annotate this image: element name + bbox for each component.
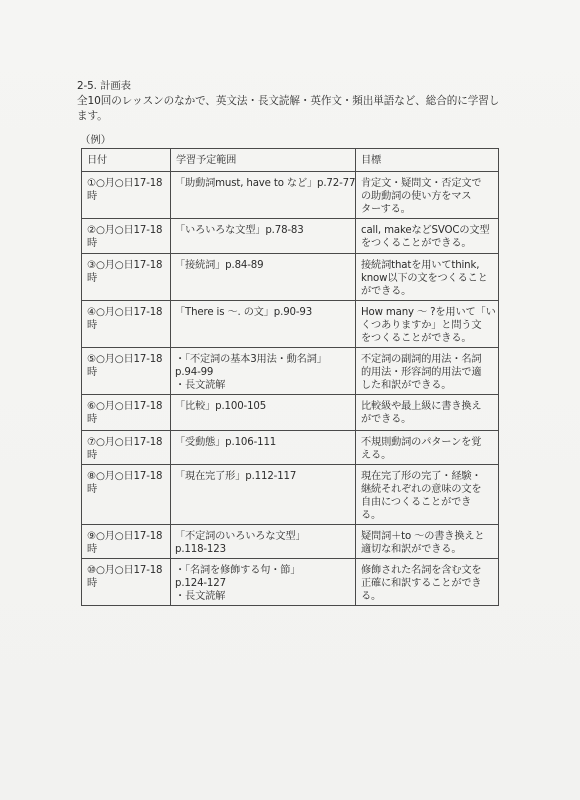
cell-goal: 比較級や最上級に書き換え ができる。 — [356, 395, 499, 431]
cell-range: 「不定詞のいろいろな文型」 p.118-123 — [171, 525, 356, 559]
cell-range: 「受動態」p.106-111 — [171, 431, 356, 465]
intro-line: 全10回のレッスンのなかで、英文法・長文読解・英作文・頻出単語など、総合的に学習… — [77, 94, 507, 109]
header-range: 学習予定範囲 — [171, 149, 356, 172]
header-date: 日付 — [82, 149, 171, 172]
range-line: ・「名詞を修飾する句・節」 — [175, 564, 351, 577]
table-row: ⑤○月○日17-18時 ・「不定詞の基本3用法・動名詞」 p.94-99 ・長文… — [82, 348, 499, 395]
goal-line: をつくることができる。 — [361, 237, 494, 250]
goal-line: 継続それぞれの意味の文を — [361, 483, 494, 496]
cell-date: ④○月○日17-18時 — [82, 301, 171, 348]
goal-line: る。 — [361, 590, 494, 603]
goal-line: How many ～ ?を用いて「い — [361, 306, 494, 319]
table-row: ④○月○日17-18時 「There is ～. の文」p.90-93 How … — [82, 301, 499, 348]
cell-goal: How many ～ ?を用いて「い くつありますか」と問う文 をつくることがで… — [356, 301, 499, 348]
cell-goal: 肯定文・疑問文・否定文で の助動詞の使い方をマス ターする。 — [356, 172, 499, 219]
table-body: ①○月○日17-18時 「助動詞must, have to など」p.72-77… — [82, 172, 499, 606]
goal-line: 修飾された名詞を含む文を — [361, 564, 494, 577]
intro-line: ます。 — [77, 109, 507, 124]
table-row: ⑩○月○日17-18時 ・「名詞を修飾する句・節」 p.124-127 ・長文読… — [82, 559, 499, 606]
range-line: ・長文読解 — [175, 379, 351, 392]
cell-date: ⑥○月○日17-18時 — [82, 395, 171, 431]
cell-range: ・「名詞を修飾する句・節」 p.124-127 ・長文読解 — [171, 559, 356, 606]
range-line: 「助動詞must, have to など」p.72-77 — [175, 177, 351, 190]
cell-date: ①○月○日17-18時 — [82, 172, 171, 219]
goal-line: くつありますか」と問う文 — [361, 319, 494, 332]
goal-line: 正確に和訳することができ — [361, 577, 494, 590]
goal-line: call, makeなどSVOCの文型 — [361, 224, 494, 237]
cell-range: 「現在完了形」p.112-117 — [171, 465, 356, 525]
goal-line: know以下の文をつくること — [361, 272, 494, 285]
range-line: p.118-123 — [175, 543, 351, 556]
goal-line: える。 — [361, 449, 494, 462]
range-line: p.124-127 — [175, 577, 351, 590]
table-row: ⑨○月○日17-18時 「不定詞のいろいろな文型」 p.118-123 疑問詞＋… — [82, 525, 499, 559]
table-row: ⑥○月○日17-18時 「比較」p.100-105 比較級や最上級に書き換え が… — [82, 395, 499, 431]
table-row: ①○月○日17-18時 「助動詞must, have to など」p.72-77… — [82, 172, 499, 219]
range-line: p.94-99 — [175, 366, 351, 379]
range-line: ・長文読解 — [175, 590, 351, 603]
goal-line: 比較級や最上級に書き換え — [361, 400, 494, 413]
cell-range: 「いろいろな文型」p.78-83 — [171, 219, 356, 254]
table-header-row: 日付 学習予定範囲 目標 — [82, 149, 499, 172]
goal-line: した和訳ができる。 — [361, 379, 494, 392]
goal-line: 現在完了形の完了・経験・ — [361, 470, 494, 483]
cell-date: ⑨○月○日17-18時 — [82, 525, 171, 559]
header-goal: 目標 — [356, 149, 499, 172]
goal-line: 不規則動詞のパターンを覚 — [361, 436, 494, 449]
table-row: ⑦○月○日17-18時 「受動態」p.106-111 不規則動詞のパターンを覚 … — [82, 431, 499, 465]
range-line: 「There is ～. の文」p.90-93 — [175, 306, 351, 319]
cell-goal: 接続詞thatを用いてthink, know以下の文をつくること ができる。 — [356, 254, 499, 301]
range-line: 「比較」p.100-105 — [175, 400, 351, 413]
section-heading: 2-5. 計画表 — [77, 79, 507, 94]
cell-range: 「接続詞」p.84-89 — [171, 254, 356, 301]
cell-goal: 修飾された名詞を含む文を 正確に和訳することができ る。 — [356, 559, 499, 606]
cell-goal: 不定詞の副詞的用法・名詞 的用法・形容詞的用法で適 した和訳ができる。 — [356, 348, 499, 395]
example-label: （例） — [80, 133, 111, 147]
plan-table: 日付 学習予定範囲 目標 ①○月○日17-18時 「助動詞must, have … — [81, 148, 499, 606]
goal-line: 不定詞の副詞的用法・名詞 — [361, 353, 494, 366]
range-line: 「接続詞」p.84-89 — [175, 259, 351, 272]
cell-date: ⑤○月○日17-18時 — [82, 348, 171, 395]
goal-line: ができる。 — [361, 413, 494, 426]
goal-line: をつくることができる。 — [361, 332, 494, 345]
cell-range: 「助動詞must, have to など」p.72-77 — [171, 172, 356, 219]
cell-goal: 不規則動詞のパターンを覚 える。 — [356, 431, 499, 465]
cell-date: ⑧○月○日17-18時 — [82, 465, 171, 525]
goal-line: 接続詞thatを用いてthink, — [361, 259, 494, 272]
range-line: 「不定詞のいろいろな文型」 — [175, 530, 351, 543]
cell-date: ②○月○日17-18時 — [82, 219, 171, 254]
cell-date: ⑩○月○日17-18時 — [82, 559, 171, 606]
cell-date: ⑦○月○日17-18時 — [82, 431, 171, 465]
range-line: 「現在完了形」p.112-117 — [175, 470, 351, 483]
goal-line: 自由につくることができ — [361, 496, 494, 509]
table-row: ②○月○日17-18時 「いろいろな文型」p.78-83 call, makeな… — [82, 219, 499, 254]
cell-goal: 疑問詞＋to ～の書き換えと 適切な和訳ができる。 — [356, 525, 499, 559]
cell-date: ③○月○日17-18時 — [82, 254, 171, 301]
cell-goal: 現在完了形の完了・経験・ 継続それぞれの意味の文を 自由につくることができ る。 — [356, 465, 499, 525]
table-row: ③○月○日17-18時 「接続詞」p.84-89 接続詞thatを用いてthin… — [82, 254, 499, 301]
goal-line: の助動詞の使い方をマス — [361, 190, 494, 203]
range-line: ・「不定詞の基本3用法・動名詞」 — [175, 353, 351, 366]
goal-line: ができる。 — [361, 285, 494, 298]
cell-range: ・「不定詞の基本3用法・動名詞」 p.94-99 ・長文読解 — [171, 348, 356, 395]
document-page: 2-5. 計画表 全10回のレッスンのなかで、英文法・長文読解・英作文・頻出単語… — [0, 0, 580, 800]
cell-range: 「There is ～. の文」p.90-93 — [171, 301, 356, 348]
table-row: ⑧○月○日17-18時 「現在完了形」p.112-117 現在完了形の完了・経験… — [82, 465, 499, 525]
cell-goal: call, makeなどSVOCの文型 をつくることができる。 — [356, 219, 499, 254]
goal-line: 疑問詞＋to ～の書き換えと — [361, 530, 494, 543]
goal-line: る。 — [361, 509, 494, 522]
goal-line: 的用法・形容詞的用法で適 — [361, 366, 494, 379]
goal-line: 適切な和訳ができる。 — [361, 543, 494, 556]
cell-range: 「比較」p.100-105 — [171, 395, 356, 431]
goal-line: ターする。 — [361, 203, 494, 216]
intro-block: 2-5. 計画表 全10回のレッスンのなかで、英文法・長文読解・英作文・頻出単語… — [77, 79, 507, 124]
goal-line: 肯定文・疑問文・否定文で — [361, 177, 494, 190]
range-line: 「受動態」p.106-111 — [175, 436, 351, 449]
range-line: 「いろいろな文型」p.78-83 — [175, 224, 351, 237]
